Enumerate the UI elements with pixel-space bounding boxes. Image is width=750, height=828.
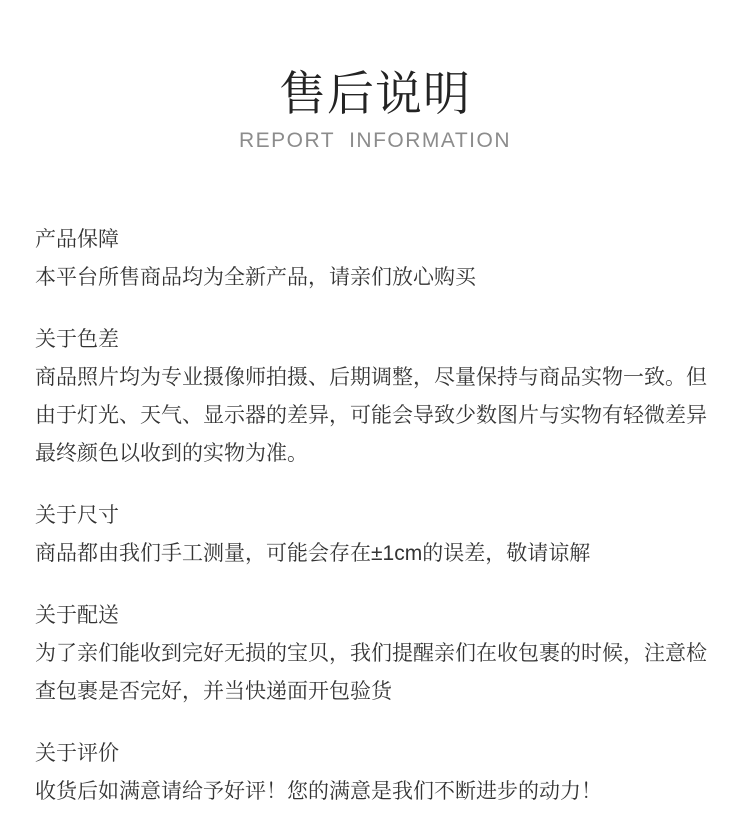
section-heading: 关于色差 (35, 321, 715, 359)
section-review: 关于评价 收货后如满意请给予好评！您的满意是我们不断进步的动力！ (35, 735, 715, 811)
section-line: 本平台所售商品均为全新产品，请亲们放心购买 (35, 259, 715, 297)
section-line: 由于灯光、天气、显示器的差异，可能会导致少数图片与实物有轻微差异 (35, 397, 715, 435)
section-heading: 关于配送 (35, 597, 715, 635)
section-line: 收货后如满意请给予好评！您的满意是我们不断进步的动力！ (35, 773, 715, 811)
section-heading: 关于尺寸 (35, 497, 715, 535)
page-header: 售后说明 REPORT INFORMATION (0, 0, 750, 153)
page-title: 售后说明 (0, 66, 750, 122)
section-line: 商品照片均为专业摄像师拍摄、后期调整，尽量保持与商品实物一致。但 (35, 359, 715, 397)
sections-content: 产品保障 本平台所售商品均为全新产品，请亲们放心购买 关于色差 商品照片均为专业… (35, 221, 715, 811)
section-line: 商品都由我们手工测量，可能会存在±1cm的误差，敬请谅解 (35, 535, 715, 573)
section-heading: 产品保障 (35, 221, 715, 259)
page-subtitle: REPORT INFORMATION (0, 129, 750, 153)
section-line: 查包裹是否完好，并当快递面开包验货 (35, 673, 715, 711)
after-sales-info-page: 售后说明 REPORT INFORMATION 产品保障 本平台所售商品均为全新… (0, 0, 750, 828)
section-line: 最终颜色以收到的实物为准。 (35, 435, 715, 473)
section-product-guarantee: 产品保障 本平台所售商品均为全新产品，请亲们放心购买 (35, 221, 715, 297)
section-size: 关于尺寸 商品都由我们手工测量，可能会存在±1cm的误差，敬请谅解 (35, 497, 715, 573)
section-delivery: 关于配送 为了亲们能收到完好无损的宝贝，我们提醒亲们在收包裹的时候，注意检 查包… (35, 597, 715, 711)
section-heading: 关于评价 (35, 735, 715, 773)
section-color-difference: 关于色差 商品照片均为专业摄像师拍摄、后期调整，尽量保持与商品实物一致。但 由于… (35, 321, 715, 473)
section-line: 为了亲们能收到完好无损的宝贝，我们提醒亲们在收包裹的时候，注意检 (35, 635, 715, 673)
